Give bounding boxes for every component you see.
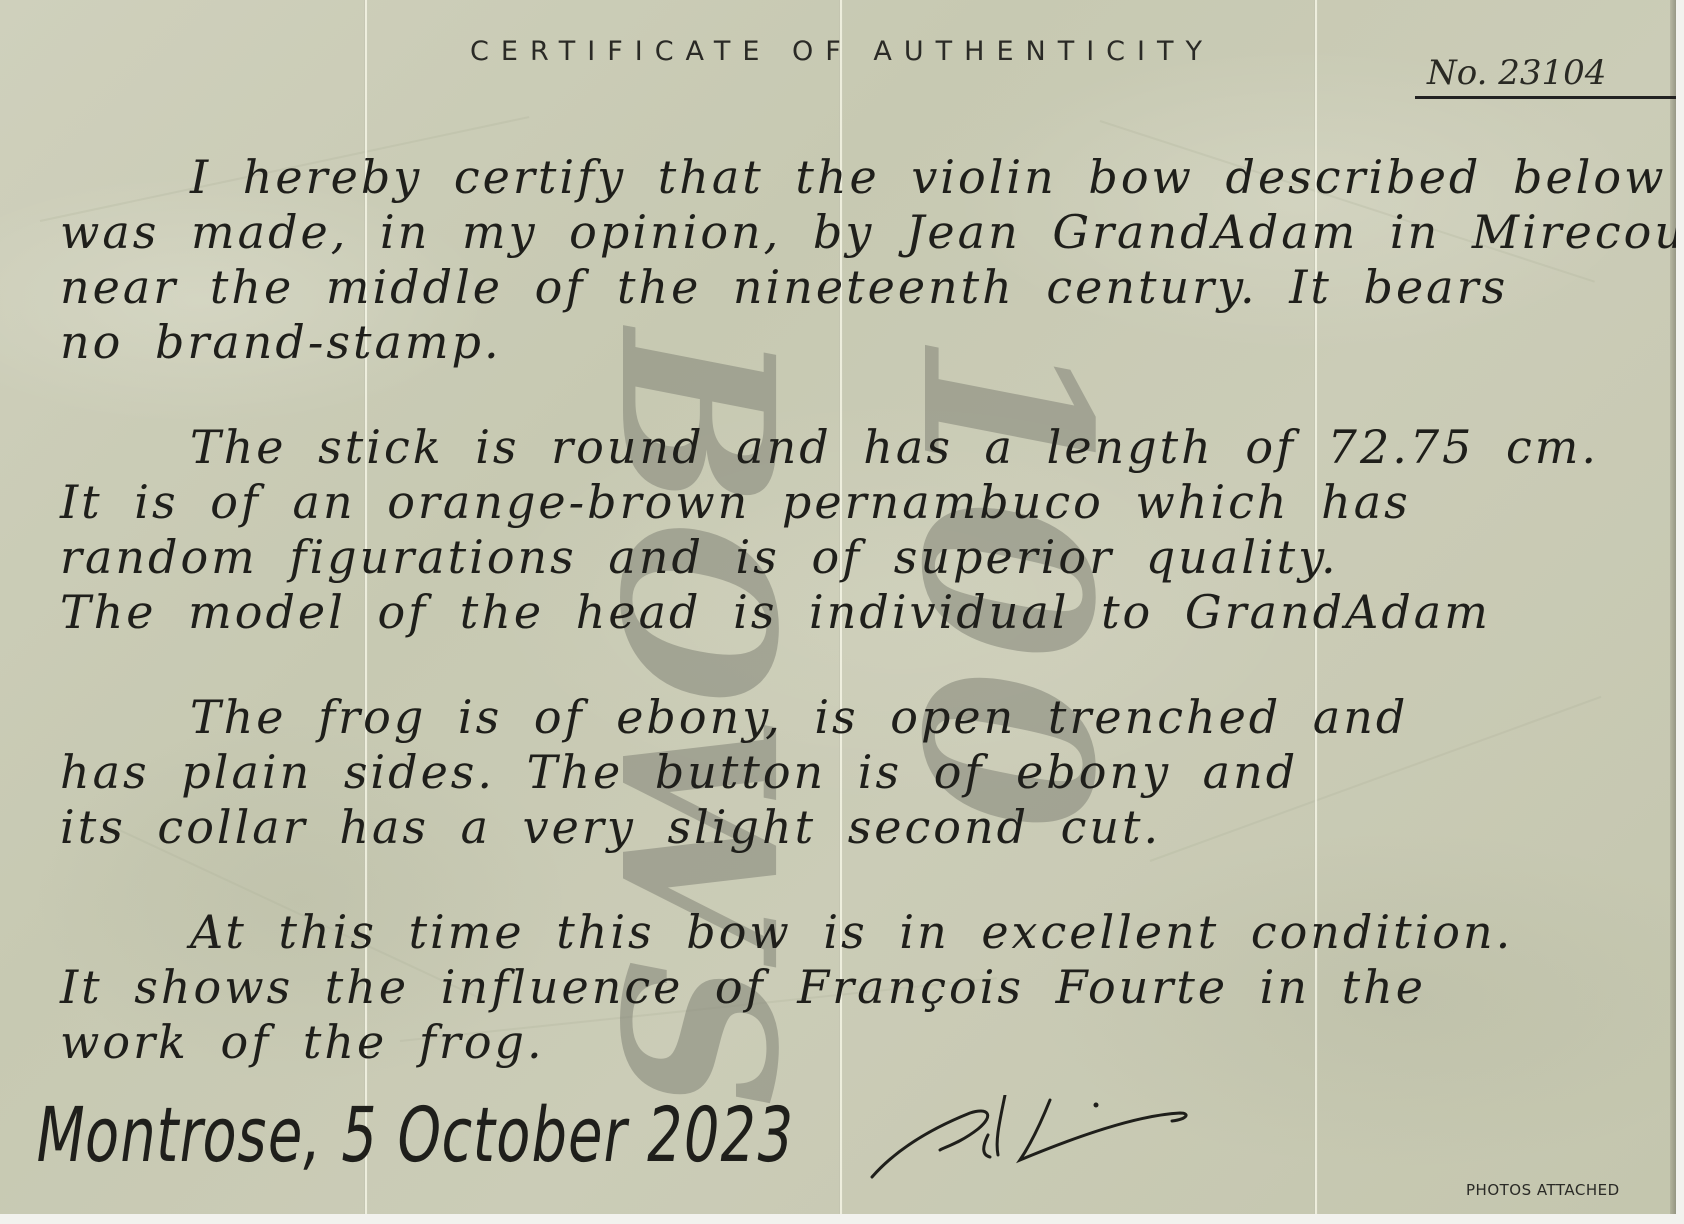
text-line: It shows the influence of François Fourt… [60, 960, 1426, 1014]
text-line: The frog is of ebony, is open trenched a… [190, 690, 1408, 744]
place-date: Montrose, 5 October 2023 [30, 1092, 800, 1180]
text-line: work of the frog. [60, 1015, 545, 1069]
text-line: The model of the head is individual to G… [60, 585, 1491, 639]
text-line: The stick is round and has a length of 7… [190, 420, 1599, 474]
text-line: I hereby certify that the violin bow des… [190, 150, 1666, 204]
certificate-number: No. 23104 [1415, 50, 1676, 99]
text-line: At this time this bow is in excellent co… [190, 905, 1513, 959]
text-line: was made, in my opinion, by Jean GrandAd… [60, 205, 1676, 259]
text-line: random figurations and is of superior qu… [60, 530, 1339, 584]
text-line: It is of an orange-brown pernambuco whic… [60, 475, 1411, 529]
text-line: has plain sides. The button is of ebony … [60, 745, 1298, 799]
text-line: no brand-stamp. [60, 315, 502, 369]
signature [860, 1095, 1200, 1205]
footer-note: PHOTOS ATTACHED [1466, 1181, 1620, 1199]
paper-edge [1670, 0, 1676, 1214]
certificate-paper: 100 BOWS CERTIFICATE OF AUTHENTICITY No.… [0, 0, 1676, 1214]
text-line: near the middle of the nineteenth centur… [60, 260, 1508, 314]
text-line: its collar has a very slight second cut. [60, 800, 1161, 854]
